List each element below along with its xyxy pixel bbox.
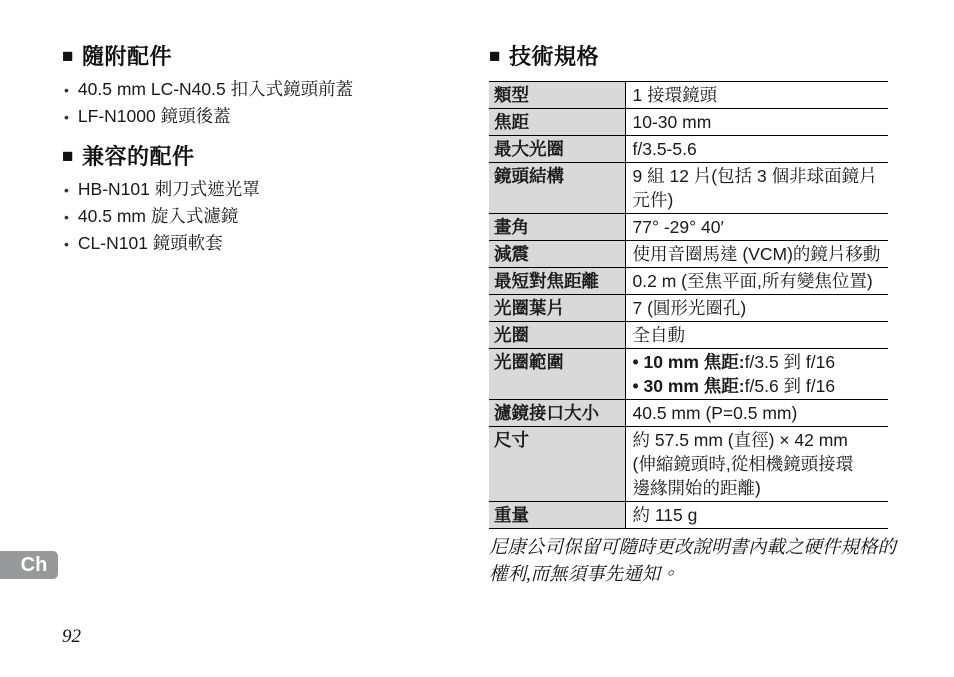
- disclaimer-line: 權利,而無須事先通知。: [489, 562, 909, 589]
- bullet-icon: •: [64, 231, 69, 257]
- aperture-range-text: f/5.6 到 f/16: [745, 376, 835, 396]
- spec-value: 1 接環鏡頭: [625, 82, 888, 109]
- list-item-text: 40.5 mm LC-N40.5 扣入式鏡頭前蓋: [78, 76, 353, 102]
- spec-label: 光圈範圍: [489, 349, 625, 400]
- spec-label: 焦距: [489, 109, 625, 136]
- list-item-text: CL-N101 鏡頭軟套: [78, 230, 223, 256]
- list-item: • LF-N1000 鏡頭後蓋: [64, 103, 472, 130]
- bullet-icon: •: [64, 77, 69, 103]
- bullet-icon: •: [64, 204, 69, 230]
- table-row: 光圈 全自動: [489, 322, 888, 349]
- list-item-text: LF-N1000 鏡頭後蓋: [78, 103, 231, 129]
- table-row: 畫角 77° -29° 40′: [489, 214, 888, 241]
- list-item: • 40.5 mm LC-N40.5 扣入式鏡頭前蓋: [64, 76, 472, 103]
- spec-label: 最短對焦距離: [489, 268, 625, 295]
- table-row: 焦距 10-30 mm: [489, 109, 888, 136]
- table-row: 最短對焦距離 0.2 m (至焦平面,所有變焦位置): [489, 268, 888, 295]
- spec-value: 40.5 mm (P=0.5 mm): [625, 400, 888, 427]
- spec-label: 光圈葉片: [489, 295, 625, 322]
- spec-value-line: 約 57.5 mm (直徑) × 42 mm: [633, 428, 885, 452]
- compatible-accessories-title: 兼容的配件: [82, 144, 195, 170]
- table-row: 光圈葉片 7 (圓形光圈孔): [489, 295, 888, 322]
- table-row: 光圈範圍 • 10 mm 焦距:f/3.5 到 f/16 • 30 mm 焦距:…: [489, 349, 888, 400]
- spec-value: 10-30 mm: [625, 109, 888, 136]
- spec-label: 尺寸: [489, 427, 625, 502]
- spec-value-line: (伸縮鏡頭時,從相機鏡頭接環: [633, 452, 885, 476]
- spec-label: 鏡頭結構: [489, 163, 625, 214]
- spec-value: 77° -29° 40′: [625, 214, 888, 241]
- table-row: 減震 使用音圈馬達 (VCM)的鏡片移動: [489, 241, 888, 268]
- bullet-icon: •: [64, 177, 69, 203]
- table-row: 濾鏡接口大小 40.5 mm (P=0.5 mm): [489, 400, 888, 427]
- aperture-range-text: f/3.5 到 f/16: [745, 352, 835, 372]
- language-tab-ch: Ch: [0, 551, 58, 579]
- supplied-accessories-heading: ■ 隨附配件: [62, 44, 472, 70]
- compatible-accessories-heading: ■ 兼容的配件: [62, 144, 472, 170]
- accessories-column: ■ 隨附配件 • 40.5 mm LC-N40.5 扣入式鏡頭前蓋 • LF-N…: [62, 44, 472, 271]
- page-number: 92: [62, 626, 81, 648]
- supplied-accessories-list: • 40.5 mm LC-N40.5 扣入式鏡頭前蓋 • LF-N1000 鏡頭…: [64, 76, 472, 130]
- spec-label: 類型: [489, 82, 625, 109]
- table-row: 最大光圈 f/3.5-5.6: [489, 136, 888, 163]
- spec-value-line: 9 組 12 片(包括 3 個非球面鏡片: [633, 164, 885, 188]
- spec-value: f/3.5-5.6: [625, 136, 888, 163]
- list-item: • 40.5 mm 旋入式濾鏡: [64, 203, 472, 230]
- spec-label: 畫角: [489, 214, 625, 241]
- list-item-text: HB-N101 刺刀式遮光罩: [78, 176, 260, 202]
- disclaimer-line: 尼康公司保留可隨時更改說明書內載之硬件規格的: [489, 535, 909, 562]
- specs-heading: ■ 技術規格: [489, 44, 909, 70]
- table-row: 重量 約 115 g: [489, 502, 888, 529]
- list-item: • CL-N101 鏡頭軟套: [64, 230, 472, 257]
- spec-value-line: • 10 mm 焦距:f/3.5 到 f/16: [633, 350, 885, 374]
- spec-value: 全自動: [625, 322, 888, 349]
- specs-title: 技術規格: [509, 44, 599, 70]
- section-square-icon: ■: [62, 147, 74, 166]
- spec-label: 光圈: [489, 322, 625, 349]
- supplied-accessories-title: 隨附配件: [82, 44, 172, 70]
- spec-value-line: • 30 mm 焦距:f/5.6 到 f/16: [633, 374, 885, 398]
- spec-value-line: 邊緣開始的距離): [633, 476, 885, 500]
- section-square-icon: ■: [489, 47, 501, 66]
- table-row: 尺寸 約 57.5 mm (直徑) × 42 mm (伸縮鏡頭時,從相機鏡頭接環…: [489, 427, 888, 502]
- list-item: • HB-N101 刺刀式遮光罩: [64, 176, 472, 203]
- table-row: 類型 1 接環鏡頭: [489, 82, 888, 109]
- spec-label: 重量: [489, 502, 625, 529]
- focal-length-bold-label: • 30 mm 焦距:: [633, 376, 745, 396]
- disclaimer-note: 尼康公司保留可隨時更改說明書內載之硬件規格的 權利,而無須事先通知。: [489, 535, 909, 589]
- section-square-icon: ■: [62, 47, 74, 66]
- spec-value: 使用音圈馬達 (VCM)的鏡片移動: [625, 241, 888, 268]
- specs-table: 類型 1 接環鏡頭 焦距 10-30 mm 最大光圈 f/3.5-5.6 鏡頭結…: [489, 81, 888, 529]
- spec-value: • 10 mm 焦距:f/3.5 到 f/16 • 30 mm 焦距:f/5.6…: [625, 349, 888, 400]
- spec-value: 約 115 g: [625, 502, 888, 529]
- spec-value: 7 (圓形光圈孔): [625, 295, 888, 322]
- spec-value-line: 元件): [633, 188, 885, 212]
- spec-label: 最大光圈: [489, 136, 625, 163]
- specifications-column: ■ 技術規格 類型 1 接環鏡頭 焦距 10-30 mm 最大光圈 f/3.5-…: [489, 44, 909, 589]
- compatible-accessories-list: • HB-N101 刺刀式遮光罩 • 40.5 mm 旋入式濾鏡 • CL-N1…: [64, 176, 472, 257]
- list-item-text: 40.5 mm 旋入式濾鏡: [78, 203, 238, 229]
- bullet-icon: •: [64, 104, 69, 130]
- spec-value: 約 57.5 mm (直徑) × 42 mm (伸縮鏡頭時,從相機鏡頭接環 邊緣…: [625, 427, 888, 502]
- table-row: 鏡頭結構 9 組 12 片(包括 3 個非球面鏡片 元件): [489, 163, 888, 214]
- spec-label: 減震: [489, 241, 625, 268]
- spec-value: 9 組 12 片(包括 3 個非球面鏡片 元件): [625, 163, 888, 214]
- focal-length-bold-label: • 10 mm 焦距:: [633, 352, 745, 372]
- spec-value: 0.2 m (至焦平面,所有變焦位置): [625, 268, 888, 295]
- spec-label: 濾鏡接口大小: [489, 400, 625, 427]
